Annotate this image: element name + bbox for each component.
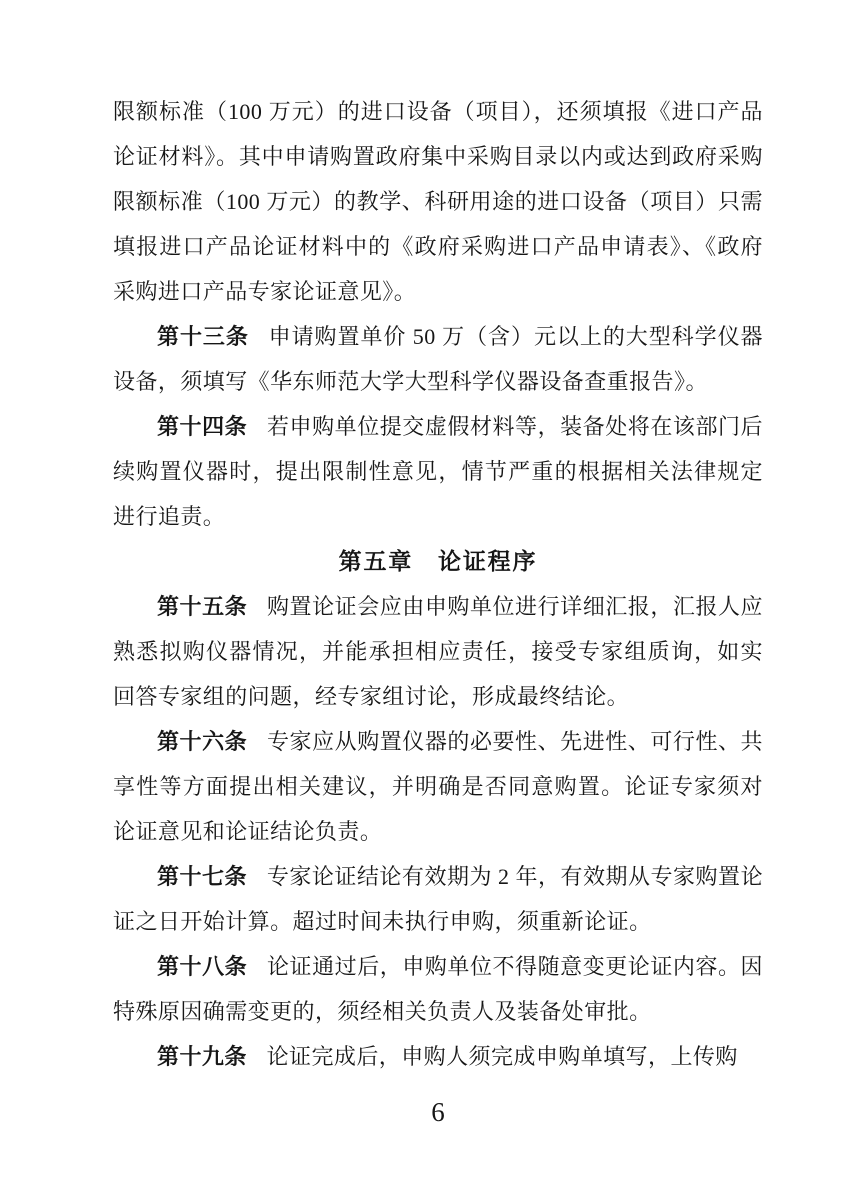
chapter-heading: 第五章 论证程序 — [113, 539, 763, 584]
article-paragraph: 第十三条申请购置单价 50 万（含）元以上的大型科学仪器设备，须填写《华东师范大… — [113, 314, 763, 404]
document-body: 限额标准（100 万元）的进口设备（项目），还须填报《进口产品论证材料》。其中申… — [113, 89, 763, 1079]
article-number: 第十九条 — [157, 1044, 247, 1069]
paragraph-text: 论证完成后，申购人须完成申购单填写，上传购 — [267, 1044, 738, 1069]
article-paragraph: 第十五条购置论证会应由申购单位进行详细汇报，汇报人应熟悉拟购仪器情况，并能承担相… — [113, 584, 763, 719]
document-page: { "page": { "number": "6", "colors": { "… — [0, 0, 849, 1200]
article-paragraph: 第十九条论证完成后，申购人须完成申购单填写，上传购 — [113, 1034, 763, 1079]
article-paragraph: 第十七条专家论证结论有效期为 2 年，有效期从专家购置论证之日开始计算。超过时间… — [113, 854, 763, 944]
page-footer: 6 — [113, 1094, 763, 1130]
continuation-paragraph: 限额标准（100 万元）的进口设备（项目），还须填报《进口产品论证材料》。其中申… — [113, 89, 763, 314]
article-number: 第十四条 — [157, 414, 247, 439]
article-paragraph: 第十四条若申购单位提交虚假材料等，装备处将在该部门后续购置仪器时，提出限制性意见… — [113, 404, 763, 539]
page-number: 6 — [431, 1097, 445, 1127]
article-number: 第十三条 — [157, 324, 249, 349]
article-number: 第十六条 — [157, 729, 247, 754]
article-number: 第十七条 — [157, 864, 247, 889]
article-paragraph: 第十六条专家应从购置仪器的必要性、先进性、可行性、共享性等方面提出相关建议，并明… — [113, 719, 763, 854]
article-paragraph: 第十八条论证通过后，申购单位不得随意变更论证内容。因特殊原因确需变更的，须经相关… — [113, 944, 763, 1034]
paragraph-text: 限额标准（100 万元）的进口设备（项目），还须填报《进口产品论证材料》。其中申… — [113, 99, 763, 304]
article-number: 第十八条 — [157, 954, 247, 979]
article-number: 第十五条 — [157, 594, 247, 619]
